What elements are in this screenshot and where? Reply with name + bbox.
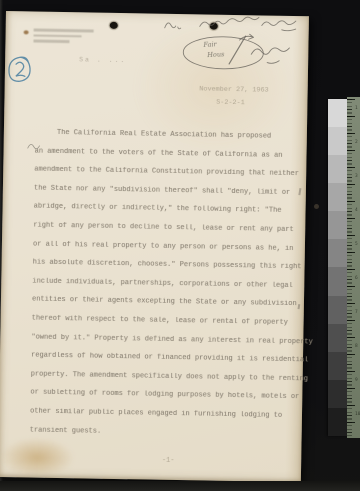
stray-dot	[314, 204, 319, 209]
ruler-number: 2	[355, 140, 358, 145]
ruler-number: 10	[355, 412, 360, 417]
wedge-step	[328, 352, 347, 380]
ruler-number: 1	[355, 106, 358, 111]
reference-number: S-2-2-1	[200, 98, 260, 107]
blue-crayon-mark	[7, 54, 34, 84]
ruler-number: 5	[355, 242, 358, 247]
faded-stamp	[33, 28, 93, 46]
typed-body: The California Real Estate Association h…	[30, 124, 301, 445]
ruler-number: 6	[355, 276, 358, 281]
wedge-step	[328, 239, 347, 267]
ruler-number: 9	[355, 378, 358, 383]
wedge-step	[328, 211, 347, 239]
typed-line: transient guests.	[30, 421, 296, 444]
handwritten-circled-note: Fair Hous	[181, 27, 300, 73]
wedge-step	[328, 324, 347, 352]
wedge-step	[328, 183, 347, 211]
ink-speck	[24, 30, 29, 34]
faded-typed-fragment: Sa . ...	[79, 56, 126, 64]
circled-note-word-1: Fair	[203, 40, 217, 49]
wedge-step	[328, 267, 347, 295]
document-page: Fair Hous Sa . ... November 27, 1963 S-2…	[0, 11, 309, 482]
date-line: November 27, 1963	[187, 85, 269, 94]
grayscale-wedge	[328, 99, 347, 436]
wedge-step	[328, 296, 347, 324]
wedge-step	[328, 127, 347, 155]
paper-stain-bottom-left	[0, 437, 75, 478]
ruler-number: 4	[355, 208, 358, 213]
wedge-step	[328, 408, 347, 436]
circled-note-word-2: Hous	[207, 50, 225, 59]
scanned-document-viewer: Fair Hous Sa . ... November 27, 1963 S-2…	[0, 0, 360, 491]
wedge-step	[328, 380, 347, 408]
margin-pencil-tick	[298, 188, 301, 195]
margin-pencil-tick	[298, 304, 301, 309]
ruler-number: 3	[355, 174, 358, 179]
ruler-number: 7	[355, 310, 358, 315]
calibration-strip: 12345678910	[328, 97, 360, 438]
wedge-step	[328, 155, 347, 183]
punch-hole-left	[110, 22, 118, 29]
ruler-numbers: 12345678910	[347, 97, 360, 438]
page-number: -1-	[118, 456, 218, 466]
ruler-number: 8	[355, 344, 358, 349]
background-bottom-band	[0, 481, 360, 491]
wedge-step	[328, 99, 347, 127]
